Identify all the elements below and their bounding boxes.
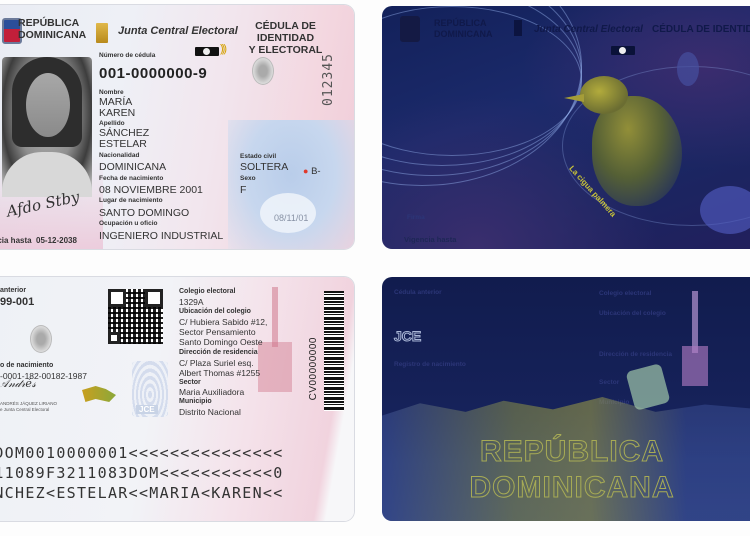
- secondary-photo: [252, 57, 274, 85]
- jce-logo-icon: [96, 23, 108, 43]
- lugar-nac-label: Lugar de nacimiento: [99, 197, 163, 204]
- uv-jce-mark: JCE: [394, 328, 421, 344]
- id-card-back: anterior 99-001 o de nacimiento -0001-18…: [0, 277, 354, 521]
- cigua-palmera-bird-icon: [572, 76, 692, 236]
- ubicacion-3: Santo Domingo Oeste: [179, 337, 263, 348]
- expiry: encia hasta 05-12-2038: [0, 236, 77, 245]
- id-card-front: REPÚBLICA DOMINICANA Junta Central Elect…: [0, 5, 354, 249]
- cedula-label: Número de cédula: [99, 52, 155, 59]
- lugar-nac: SANTO DOMINGO: [99, 208, 189, 219]
- uv-watermark-line-2: DOMINICANA: [382, 471, 750, 505]
- country-line-1: REPÚBLICA: [18, 17, 86, 29]
- uv-watermark-line-1: REPÚBLICA: [382, 435, 750, 469]
- card-serial: 012345: [321, 53, 335, 106]
- registrar-name: ANDRÉS JÁQUEZ LIRIANO e Junta Central El…: [0, 401, 57, 413]
- birth-cert-label: o de nacimiento: [0, 362, 53, 369]
- apellido-2: ESTELAR: [99, 139, 147, 150]
- blood-drop-icon: ●: [303, 166, 308, 176]
- blood-type-value: B-: [311, 166, 321, 177]
- photo-face: [26, 73, 70, 137]
- uv-colegio: Colegio electoral: [599, 290, 651, 297]
- ocupacion: INGENIERO INDUSTRIAL: [99, 231, 223, 242]
- qr-finder: [108, 332, 120, 344]
- nacionalidad-label: Nacionalidad: [99, 152, 139, 159]
- uv-cedula-anterior: Cédula anterior: [394, 289, 442, 296]
- sexo-label: Sexo: [240, 175, 256, 182]
- mrz-line-3: ANCHEZ<ESTELAR<<MARIA<KAREN<<: [0, 483, 284, 503]
- dominican-map-icon: [82, 384, 116, 404]
- authority-name: Junta Central Electoral: [118, 25, 238, 37]
- estado-civil: SOLTERA: [240, 162, 288, 173]
- colegio-label: Colegio electoral: [179, 288, 235, 295]
- uv-residencia: Dirección de residencia: [599, 351, 672, 358]
- back-mini-photo: [30, 325, 52, 353]
- mrz-line-1: DDOM0010000001<<<<<<<<<<<<<<<: [0, 443, 284, 463]
- uv-doc-title: CÉDULA DE IDENTIDA: [652, 24, 750, 35]
- uv-authority: Junta Central Electoral: [534, 24, 643, 35]
- fecha-nac-label: Fecha de nacimiento: [99, 175, 163, 182]
- country-line-2: DOMINICANA: [18, 29, 86, 41]
- cedula-number: 001-0000000-9: [99, 65, 207, 82]
- estado-civil-label: Estado civil: [240, 153, 276, 160]
- uv-country: REPÚBLICA DOMINICANA: [434, 18, 493, 40]
- nombre-label: Nombre: [99, 89, 124, 96]
- uv-country-line-2: DOMINICANA: [434, 29, 493, 40]
- municipio-label: Municipio: [179, 398, 212, 405]
- sector-label: Sector: [179, 379, 201, 386]
- expiry-date: 05-12-2038: [36, 236, 77, 245]
- registrar-role: e Junta Central Electoral: [0, 407, 57, 413]
- residencia-2: Albert Thomas #1255: [179, 368, 260, 379]
- ocupacion-label: Ocupación u oficio: [99, 220, 158, 227]
- blood-type: ● B-: [303, 166, 321, 177]
- prev-cedula-value: 99-001: [0, 297, 34, 308]
- machine-readable-zone: DDOM0010000001<<<<<<<<<<<<<<<111089F3211…: [0, 443, 284, 503]
- uv-registro: Registro de nacimiento: [394, 361, 466, 368]
- uv-oval-mark: [700, 186, 750, 234]
- registrar-signature: 𝒜𝓃𝒹𝓇𝑒́𝓈: [0, 377, 36, 391]
- municipio: Distrito Nacional: [179, 407, 241, 418]
- uv-chip-icon: [611, 46, 635, 55]
- uv-tower-icon: [682, 291, 708, 391]
- uv-coat-of-arms-icon: [400, 16, 420, 42]
- barcode[interactable]: [324, 291, 344, 411]
- uv-country-line-1: REPÚBLICA: [434, 18, 493, 29]
- photo-body: [2, 152, 92, 197]
- fecha-nac: 08 NOVIEMBRE 2001: [99, 185, 203, 196]
- tower-watermark-icon: [258, 287, 292, 397]
- uv-firma-label: Firma: [407, 214, 425, 221]
- sector: Maria Auxiliadora: [179, 387, 244, 398]
- holder-photo: [2, 57, 92, 197]
- chip-icon: [195, 47, 219, 56]
- id-card-back-uv: Cédula anterior JCE Registro de nacimien…: [382, 277, 750, 521]
- uv-ubicacion: Ubicación del colegio: [599, 310, 666, 317]
- residencia-label: Dirección de residencia: [179, 349, 258, 356]
- nacionalidad: DOMINICANA: [99, 162, 166, 173]
- expiry-label: encia hasta: [0, 236, 32, 245]
- sexo: F: [240, 185, 246, 196]
- prev-cedula-label: anterior: [0, 287, 26, 294]
- mrz-line-2: 111089F3211083DOM<<<<<<<<<<<0: [0, 463, 284, 483]
- apellido-label: Apellido: [99, 120, 125, 127]
- nombre-2: KAREN: [99, 108, 135, 119]
- uv-bucket-icon: [625, 363, 670, 411]
- uv-vigencia-label: Vigencia hasta: [404, 235, 456, 244]
- doc-title-line-1: CÉDULA DE IDENTIDAD: [228, 20, 343, 44]
- barcode-number: CV00000000: [308, 337, 319, 400]
- country-name: REPÚBLICA DOMINICANA: [18, 17, 86, 41]
- colegio: 1329A: [179, 297, 204, 308]
- document-title: CÉDULA DE IDENTIDAD Y ELECTORAL: [228, 20, 343, 56]
- uv-jce-logo-icon: [514, 20, 522, 36]
- uv-sector: Sector: [599, 379, 619, 386]
- id-card-front-uv: REPÚBLICA DOMINICANA Junta Central Elect…: [382, 6, 750, 249]
- jce-watermark: JCE: [136, 405, 158, 414]
- contactless-icon: ))): [220, 43, 225, 55]
- ghost-date: 08/11/01: [274, 213, 308, 223]
- ubicacion-label: Ubicación del colegio: [179, 308, 251, 315]
